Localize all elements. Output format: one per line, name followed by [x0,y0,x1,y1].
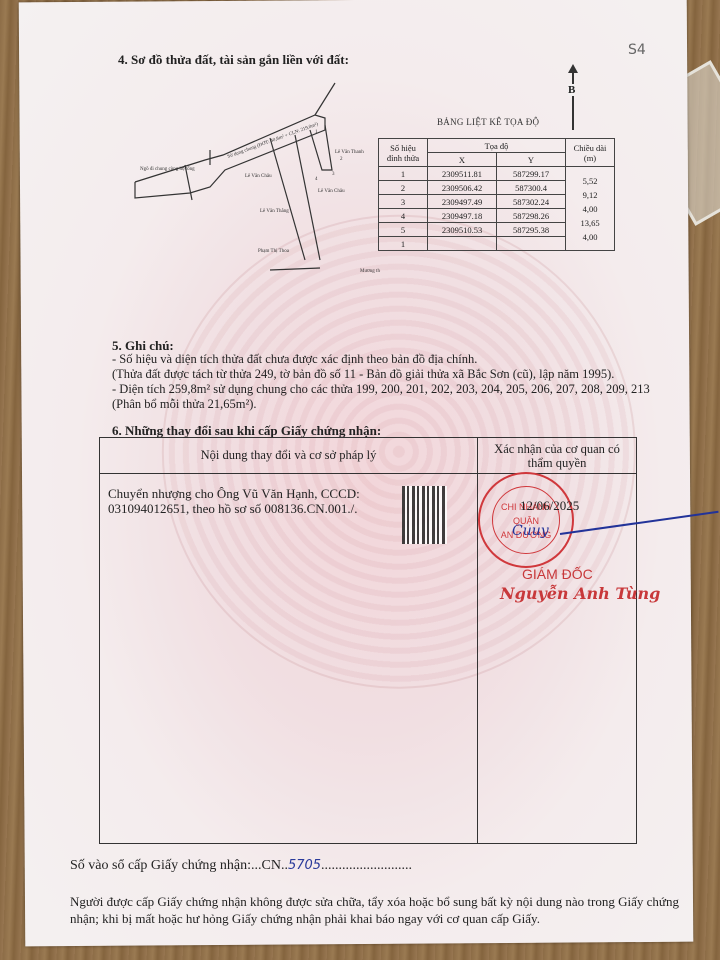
official-red-stamp: CHI NHÁNH QUẬN AN DƯƠNG [478,472,574,568]
header-length: Chiều dài (m) [566,139,615,167]
svg-text:Sử dụng chung (ĐƠT: 40,8m² + C: Sử dụng chung (ĐƠT: 40,8m² + CLN: 219,0m… [227,121,320,160]
svg-text:2: 2 [340,157,343,162]
north-arrow-line [572,70,574,130]
north-arrow-icon [568,64,578,73]
coordinate-table-title: BẢNG LIỆT KÊ TỌA ĐỘ [437,117,539,127]
note-line: (Thửa đất được tách từ thửa 249, tờ bản … [112,367,652,382]
qr-code[interactable] [402,486,447,544]
change-entry-cell: Chuyển nhượng cho Ông Vũ Văn Hạnh, CCCD:… [100,474,478,844]
table-row: 1 2309511.81 587299.17 5,52 9,12 4,00 13… [379,167,615,181]
warning-text: Người được cấp Giấy chứng nhận không đượ… [70,893,690,927]
change-entry-text: Chuyển nhượng cho Ông Vũ Văn Hạnh, CCCD:… [108,486,388,516]
svg-text:Mương thoát nước chung: Mương thoát nước chung [360,269,380,274]
header-change-content: Nội dung thay đổi và cơ sở pháp lý [100,438,478,474]
svg-text:Lê Văn Thanh: Lê Văn Thanh [335,150,364,155]
header-vertex: Số hiệu đỉnh thửa [379,139,428,167]
registry-number-handwritten: 5705 [288,858,321,873]
signature: Cuuy [512,523,549,539]
plot-sketch-map: Ngõ đi chung cùng hộ tổng Sử dụng chung … [110,80,380,280]
signer-title: GIÁM ĐỐC [522,566,593,582]
svg-text:Lê Văn Thắng: Lê Văn Thắng [260,208,289,214]
note-line: - Số hiệu và diện tích thửa đất chưa đượ… [112,352,652,367]
lengths-column: 5,52 9,12 4,00 13,65 4,00 [566,167,615,251]
svg-text:3: 3 [332,172,335,177]
header-y: Y [497,153,566,167]
header-authority-confirmation: Xác nhận của cơ quan có thẩm quyền [478,438,637,474]
signer-name: Nguyễn Anh Tùng [500,584,660,603]
svg-text:Ngõ đi chung cùng hộ tổng: Ngõ đi chung cùng hộ tổng [140,166,195,172]
notes-block: - Số hiệu và diện tích thửa đất chưa đượ… [112,352,652,412]
header-coords: Tọa độ [428,139,566,153]
note-line: - Diện tích 259,8m² sử dụng chung cho cá… [112,382,652,412]
registry-line: Số vào sổ cấp Giấy chứng nhận:...CN..570… [70,858,412,874]
confirmation-date: 12/06/2025 [520,498,579,514]
coordinate-table: Số hiệu đỉnh thửa Tọa độ Chiều dài (m) X… [378,138,615,251]
svg-text:Lê Văn Châu: Lê Văn Châu [245,174,272,179]
registry-label: Số vào sổ cấp Giấy chứng nhận:...CN.. [70,858,288,873]
header-x: X [428,153,497,167]
handwritten-page-number: S4 [628,42,646,58]
svg-text:4: 4 [315,177,318,182]
svg-text:Lê Văn Châu: Lê Văn Châu [318,189,345,194]
section4-title: 4. Sơ đồ thửa đất, tài sản gắn liền với … [118,52,349,68]
svg-text:Phạm Thị Thoa: Phạm Thị Thoa [258,249,290,254]
north-label: B [568,84,575,96]
